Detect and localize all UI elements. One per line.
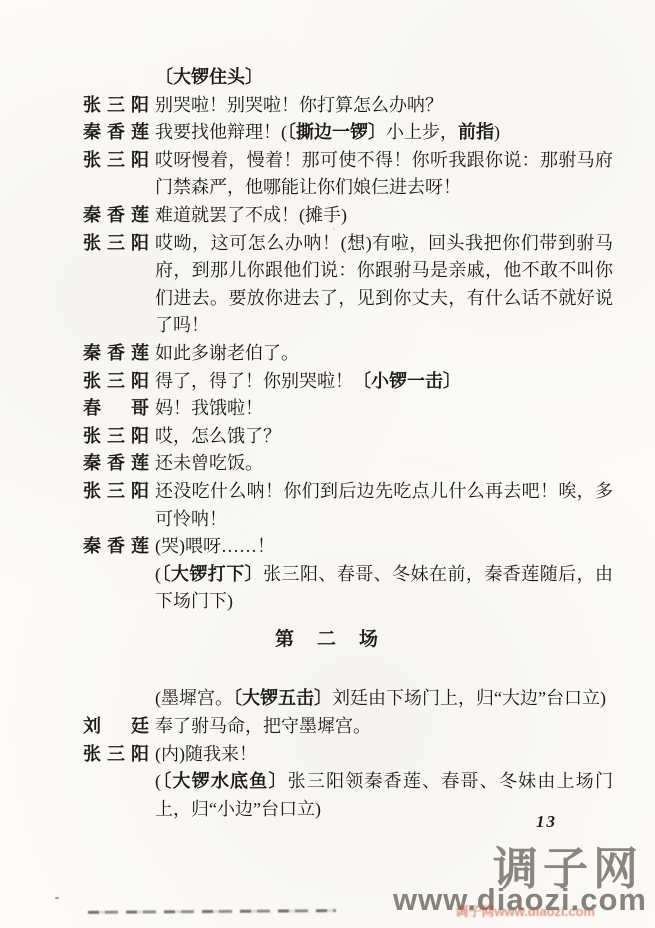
script-text-block: 〔大锣住头〕张三阳别哭啦！别哭啦！你打算怎么办呐？秦香莲我要找他辩理！(〔撕边一… — [0, 64, 655, 823]
dialogue-row: 张三阳哎呦，这可怎么办呐！(想)有啦，回头我把你们带到驸马府，到那儿你跟他们说：… — [0, 230, 655, 340]
line-text: ) — [494, 122, 500, 142]
scan-speck — [236, 241, 239, 243]
dialogue-row: 秦香莲如此多谢老伯了。 — [0, 340, 655, 368]
stage-direction-row: (〔大锣打下〕张三阳、春哥、冬妹在前，秦香莲随后，由下场门下) — [0, 561, 655, 616]
dialogue-row: 秦香莲难道就罢了不成！(摊手) — [0, 202, 655, 230]
line-text: 我要找他辩理！( — [155, 122, 287, 142]
speaker-name: 秦香莲 — [83, 340, 149, 368]
dialogue-text: 哎呀慢着，慢着！那可使不得！你听我跟你说：那驸马府门禁森严，他哪能让你们娘仨进去… — [155, 147, 613, 202]
gong-notation-text: 〔大锣五击〕 — [233, 688, 332, 708]
speaker-name: 张三阳 — [83, 368, 149, 396]
dialogue-text: (哭)喂呀……！ — [155, 533, 613, 561]
line-text: 哎呀慢着，慢着！那可使不得！你听我跟你说：那驸马府门禁森严，他哪能让你们娘仨进去… — [155, 150, 613, 198]
speaker-name: 张三阳 — [83, 423, 149, 451]
line-text: (内)随我来！ — [155, 744, 257, 764]
gong-notation-text: 〔撕边一锣〕 — [287, 122, 386, 142]
line-text: 刘廷由下场门上，归“大边”台口立) — [332, 688, 606, 708]
speaker-name: 春哥 — [83, 395, 149, 423]
line-text: (哭)喂呀……！ — [155, 536, 275, 556]
line-text: 别哭啦！别哭啦！你打算怎么办呐？ — [155, 95, 443, 115]
dialogue-row: 秦香莲(哭)喂呀……！ — [0, 533, 655, 561]
dialogue-row: 张三阳还没吃什么呐！你们到后边先吃点儿什么再去吧！唉，多可怜呐！ — [0, 478, 655, 533]
scan-speck — [55, 897, 59, 899]
dialogue-text: 别哭啦！别哭啦！你打算怎么办呐？ — [155, 92, 613, 120]
dialogue-text: 还没吃什么呐！你们到后边先吃点儿什么再去吧！唉，多可怜呐！ — [155, 478, 613, 533]
dialogue-text: 奉了驸马命，把守墨墀宫。 — [155, 713, 613, 741]
scanned-script-page: 〔大锣住头〕张三阳别哭啦！别哭啦！你打算怎么办呐？秦香莲我要找他辩理！(〔撕边一… — [0, 0, 655, 928]
dialogue-row: 刘廷奉了驸马命，把守墨墀宫。 — [0, 713, 655, 741]
dialogue-row: 张三阳得了，得了！你别哭啦！〔小锣一击〕 — [0, 368, 655, 396]
line-text: (墨墀宫。 — [155, 688, 233, 708]
stage-direction-row: (墨墀宫。〔大锣五击〕刘廷由下场门上，归“大边”台口立) — [0, 685, 655, 713]
line-text: 妈！我饿啦！ — [155, 398, 263, 418]
speaker-name: 秦香莲 — [83, 533, 149, 561]
line-text: 难道就罢了不成！(摊手) — [155, 205, 347, 225]
dialogue-row: 张三阳哎，怎么饿了？ — [0, 423, 655, 451]
dialogue-text: (内)随我来！ — [155, 741, 613, 769]
gong-notation-text: 〔大锣打下〕 — [161, 564, 263, 584]
stage-direction-text: 〔大锣住头〕 — [155, 64, 613, 92]
scan-speck — [333, 228, 335, 230]
dialogue-text: 妈！我饿啦！ — [155, 395, 613, 423]
dialogue-text: 我要找他辩理！(〔撕边一锣〕小上步，前指) — [155, 119, 613, 147]
speaker-name: 秦香莲 — [83, 202, 149, 230]
line-text: 如此多谢老伯了。 — [155, 343, 299, 363]
line-text: 哎呦，这可怎么办呐！(想)有啦，回头我把你们带到驸马府，到那儿你跟他们说：你跟驸… — [155, 233, 613, 336]
speaker-name: 张三阳 — [83, 92, 149, 120]
speaker-name: 刘廷 — [83, 713, 149, 741]
dialogue-row: 张三阳哎呀慢着，慢着！那可使不得！你听我跟你说：那驸马府门禁森严，他哪能让你们娘… — [0, 147, 655, 202]
scan-smudge-artifact — [88, 909, 336, 914]
dialogue-row: 张三阳(内)随我来！ — [0, 741, 655, 769]
stage-direction-row: 〔大锣住头〕 — [0, 64, 655, 92]
watermark-red-overlay: 调子网www.diaozi.com — [455, 901, 595, 920]
line-text: 奉了驸马命，把守墨墀宫。 — [155, 716, 371, 736]
line-text: 还没吃什么呐！你们到后边先吃点儿什么再去吧！唉，多可怜呐！ — [155, 481, 613, 529]
speaker-name: 张三阳 — [83, 230, 149, 258]
line-text: 得了，得了！你别哭啦！ — [155, 371, 353, 391]
line-text: 还未曾吃饭。 — [155, 453, 263, 473]
gong-notation-text: 〔大锣住头〕 — [155, 67, 263, 87]
speaker-name: 张三阳 — [83, 741, 149, 769]
stage-direction-text: (墨墀宫。〔大锣五击〕刘廷由下场门上，归“大边”台口立) — [155, 685, 613, 713]
gong-notation-text: 〔大锣水底鱼〕 — [161, 771, 288, 791]
dialogue-text: 得了，得了！你别哭啦！〔小锣一击〕 — [155, 368, 613, 396]
dialogue-text: 难道就罢了不成！(摊手) — [155, 202, 613, 230]
gong-notation-text: 前指 — [458, 122, 494, 142]
speaker-name: 张三阳 — [83, 478, 149, 506]
speaker-name: 秦香莲 — [83, 119, 149, 147]
dialogue-text: 还未曾吃饭。 — [155, 450, 613, 478]
dialogue-text: 哎呦，这可怎么办呐！(想)有啦，回头我把你们带到驸马府，到那儿你跟他们说：你跟驸… — [155, 230, 613, 340]
dialogue-row: 秦香莲还未曾吃饭。 — [0, 450, 655, 478]
dialogue-text: 哎，怎么饿了？ — [155, 423, 613, 451]
speaker-name: 秦香莲 — [83, 450, 149, 478]
dialogue-row: 张三阳别哭啦！别哭啦！你打算怎么办呐？ — [0, 92, 655, 120]
gong-notation-text: 〔小锣一击〕 — [353, 371, 461, 391]
speaker-name: 张三阳 — [83, 147, 149, 175]
page-number: 13 — [536, 812, 557, 832]
dialogue-text: 如此多谢老伯了。 — [155, 340, 613, 368]
stage-direction-text: (〔大锣打下〕张三阳、春哥、冬妹在前，秦香莲随后，由下场门下) — [155, 561, 613, 616]
line-text: 哎，怎么饿了？ — [155, 426, 281, 446]
line-text: 小上步， — [386, 122, 458, 142]
scene-heading: 第 二 场 — [0, 626, 655, 654]
dialogue-row: 秦香莲我要找他辩理！(〔撕边一锣〕小上步，前指) — [0, 119, 655, 147]
dialogue-row: 春哥妈！我饿啦！ — [0, 395, 655, 423]
